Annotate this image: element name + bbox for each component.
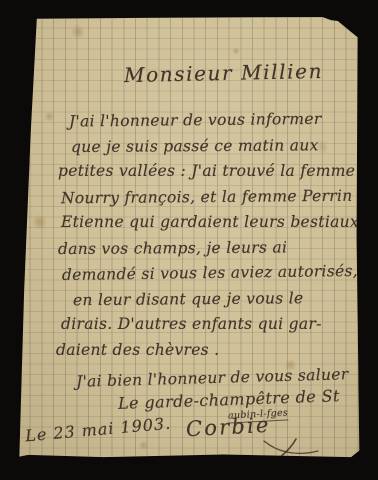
paper-stain bbox=[32, 213, 47, 231]
signature-flourish bbox=[168, 437, 338, 480]
letter-date: Le 23 mai 1903. bbox=[24, 414, 171, 446]
body-line: J'ai l'honneur de vous informer bbox=[69, 109, 356, 138]
paper-stain bbox=[138, 441, 149, 450]
body-line: que je suis passé ce matin aux bbox=[71, 136, 356, 163]
scan-background: Monsieur Millien J'ai l'honneur de vous … bbox=[0, 0, 378, 480]
body-line: Nourry françois, et la femme Perrin bbox=[61, 186, 356, 214]
body-line: dans vos champs, je leurs ai bbox=[58, 237, 356, 265]
body-line: en leur disant que je vous le bbox=[73, 288, 356, 316]
body-line: dirais. D'autres enfants qui gar- bbox=[61, 315, 356, 341]
letter-body: J'ai l'honneur de vous informer que je s… bbox=[56, 111, 356, 366]
letter-paper: Monsieur Millien J'ai l'honneur de vous … bbox=[18, 17, 360, 458]
paper-stain bbox=[44, 111, 55, 122]
letter-salutation: Monsieur Millien bbox=[124, 59, 324, 87]
body-line: daient des chèvres . bbox=[56, 341, 356, 367]
body-line: petites vallées : J'ai trouvé la femme bbox=[58, 162, 356, 188]
paper-stain bbox=[70, 25, 86, 39]
signer-title: Le garde-champêtre de St bbox=[118, 386, 340, 413]
body-line: Etienne qui gardaient leurs bestiaux bbox=[61, 213, 356, 239]
paper-stain bbox=[232, 47, 240, 55]
body-line: demandé si vous les aviez autorisés, bbox=[62, 262, 356, 292]
